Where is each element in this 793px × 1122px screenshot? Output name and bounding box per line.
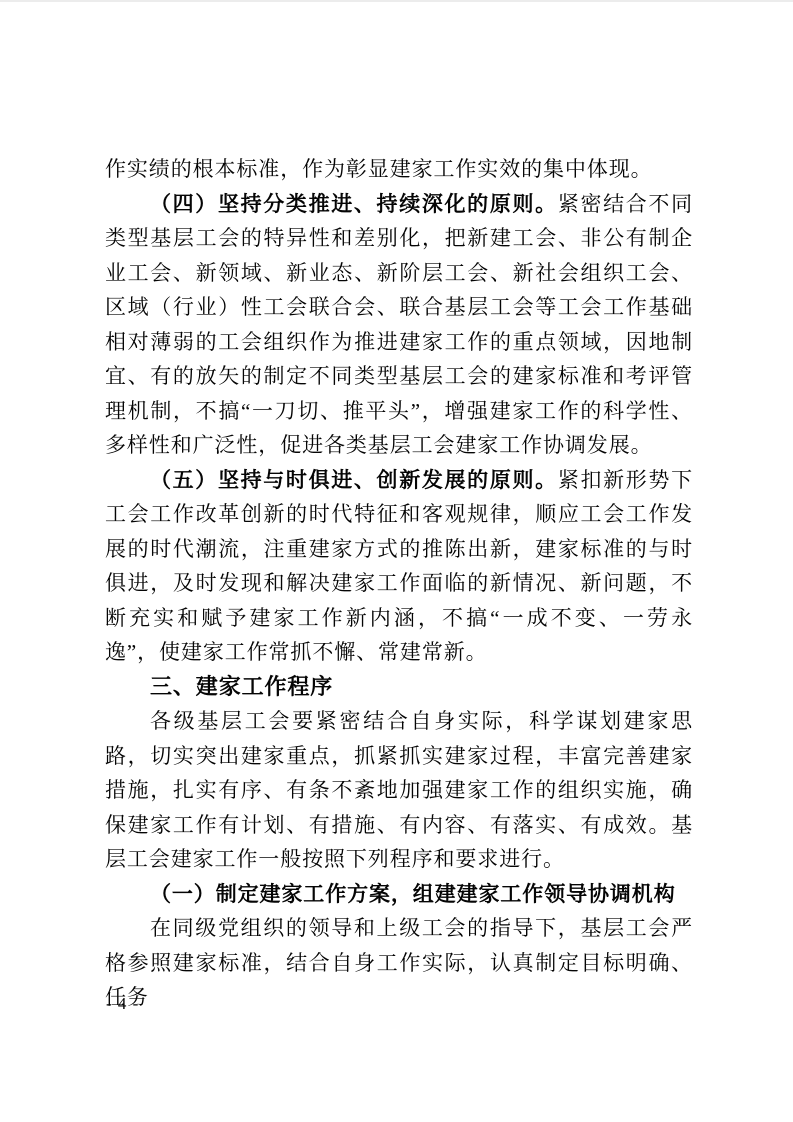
bold-text-run: （五）坚持与时俱进、创新发展的原则。 [150,468,558,492]
text-run: 各级基层工会要紧密结合自身实际，科学谋划建家思路，切实突出建家重点，抓紧抓实建家… [105,709,693,871]
paragraph: 作实绩的根本标准，作为彰显建家工作实效的集中体现。 [105,152,693,187]
paragraph: （四）坚持分类推进、持续深化的原则。紧密结合不同类型基层工会的特异性和差别化，把… [105,187,693,463]
page-number: - 4 - [106,994,139,1014]
bold-text-run: （四）坚持分类推进、持续深化的原则。 [150,192,558,216]
paragraph: 各级基层工会要紧密结合自身实际，科学谋划建家思路，切实突出建家重点，抓紧抓实建家… [105,704,693,877]
document-page: 作实绩的根本标准，作为彰显建家工作实效的集中体现。（四）坚持分类推进、持续深化的… [0,0,793,1122]
text-run: 紧扣新形势下工会工作改革创新的时代特征和客观规律，顺应工会工作发展的时代潮流，注… [105,468,693,665]
text-run: 紧密结合不同类型基层工会的特异性和差别化，把新建工会、非公有制企业工会、新领域、… [105,192,693,458]
text-run: 作实绩的根本标准，作为彰显建家工作实效的集中体现。 [105,157,653,181]
document-body: 作实绩的根本标准，作为彰显建家工作实效的集中体现。（四）坚持分类推进、持续深化的… [105,152,693,1015]
sub-heading: （一）制定建家工作方案，组建建家工作领导协调机构 [105,877,693,912]
bold-text-run: 三、建家工作程序 [150,674,333,699]
paragraph: 在同级党组织的领导和上级工会的指导下，基层工会严格参照建家标准，结合自身工作实际… [105,911,693,1015]
text-run: 在同级党组织的领导和上级工会的指导下，基层工会严格参照建家标准，结合自身工作实际… [105,916,693,1009]
bold-text-run: （一）制定建家工作方案，组建建家工作领导协调机构 [150,882,676,906]
paragraph: （五）坚持与时俱进、创新发展的原则。紧扣新形势下工会工作改革创新的时代特征和客观… [105,463,693,670]
section-heading: 三、建家工作程序 [105,670,693,705]
